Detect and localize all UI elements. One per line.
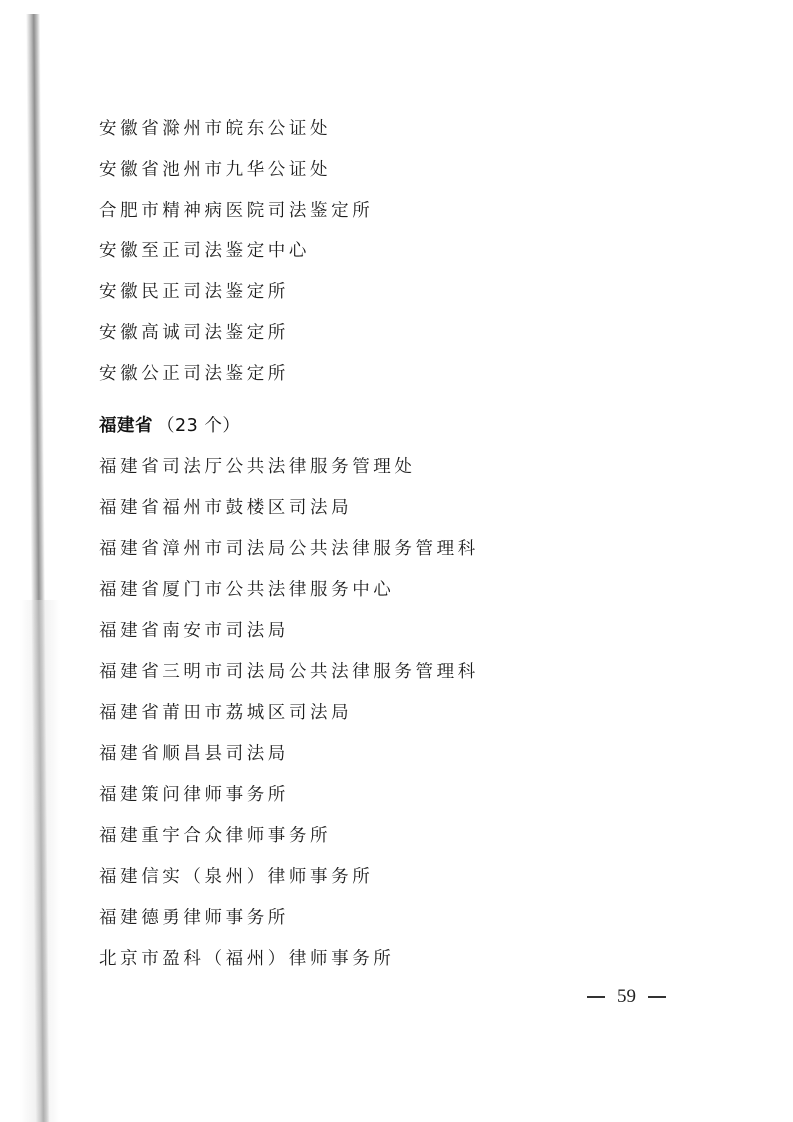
- list-item: 福建省顺昌县司法局: [99, 743, 289, 765]
- list-item: 福建省福州市鼓楼区司法局: [99, 497, 352, 519]
- section-heading-fujian: 福建省（23 个）: [99, 415, 240, 437]
- province-name: 福建省: [99, 416, 153, 436]
- list-item: 安徽省滁州市皖东公证处: [99, 118, 331, 140]
- province-count: （23 个）: [157, 416, 240, 436]
- list-item: 安徽至正司法鉴定中心: [99, 240, 310, 262]
- list-item: 安徽公正司法鉴定所: [99, 363, 289, 385]
- page-number-dash-right: [648, 996, 666, 997]
- list-item: 安徽民正司法鉴定所: [99, 281, 289, 303]
- list-item: 福建德勇律师事务所: [99, 907, 289, 929]
- binding-shadow-fade: [20, 600, 60, 1122]
- page-number: 59: [587, 986, 666, 1008]
- list-item: 福建信实（泉州）律师事务所: [99, 866, 373, 888]
- list-item: 福建策问律师事务所: [99, 784, 289, 806]
- list-item: 福建省厦门市公共法律服务中心: [99, 579, 394, 601]
- list-item: 合肥市精神病医院司法鉴定所: [99, 200, 373, 222]
- list-item: 安徽高诚司法鉴定所: [99, 322, 289, 344]
- list-item: 福建省南安市司法局: [99, 620, 289, 642]
- list-item: 福建省三明市司法局公共法律服务管理科: [99, 661, 479, 683]
- page-number-dash-left: [587, 996, 605, 997]
- page-number-value: 59: [617, 986, 636, 1008]
- list-item: 福建省漳州市司法局公共法律服务管理科: [99, 538, 479, 560]
- list-item: 北京市盈科（福州）律师事务所: [99, 948, 394, 970]
- list-item: 福建省司法厅公共法律服务管理处: [99, 456, 416, 478]
- list-item: 福建省莆田市荔城区司法局: [99, 702, 352, 724]
- list-item: 福建重宇合众律师事务所: [99, 825, 331, 847]
- list-item: 安徽省池州市九华公证处: [99, 159, 331, 181]
